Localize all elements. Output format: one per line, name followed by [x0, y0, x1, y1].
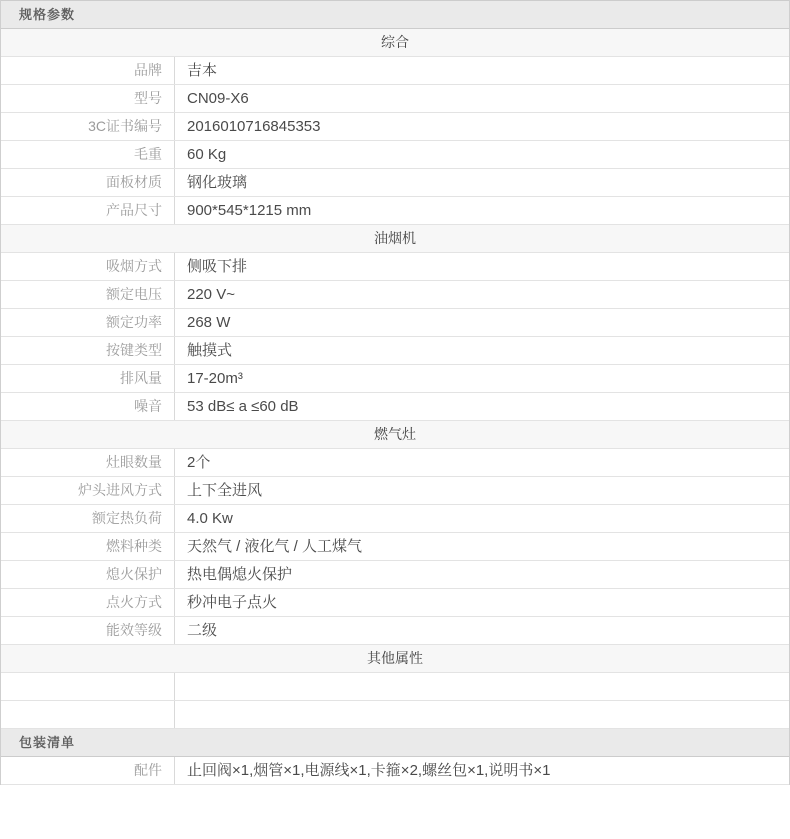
section-header-gas-stove: 燃气灶 [1, 421, 789, 449]
spec-label: 额定电压 [1, 281, 174, 308]
spec-label: 排风量 [1, 365, 174, 392]
spec-label: 产品尺寸 [1, 197, 174, 224]
spec-label: 毛重 [1, 141, 174, 168]
spec-label: 面板材质 [1, 169, 174, 196]
spec-row-rated-power: 额定功率 268 W [1, 309, 789, 337]
spec-label [1, 701, 174, 728]
spec-value: 2016010716845353 [174, 113, 789, 140]
spec-value: 900*545*1215 mm [174, 197, 789, 224]
section-header-range-hood: 油烟机 [1, 225, 789, 253]
spec-value: 侧吸下排 [174, 253, 789, 280]
section-title: 燃气灶 [374, 426, 416, 442]
spec-row-flameout-protection: 熄火保护 热电偶熄火保护 [1, 561, 789, 589]
spec-label: 吸烟方式 [1, 253, 174, 280]
spec-label: 型号 [1, 85, 174, 112]
spec-row-3c-cert: 3C证书编号 2016010716845353 [1, 113, 789, 141]
spec-row-ignition-type: 点火方式 秒冲电子点火 [1, 589, 789, 617]
section-header-general: 综合 [1, 29, 789, 57]
spec-value: 秒冲电子点火 [174, 589, 789, 616]
spec-label: 燃料种类 [1, 533, 174, 560]
spec-value: 钢化玻璃 [174, 169, 789, 196]
spec-header-bar: 规格参数 [1, 0, 789, 29]
spec-value: 2个 [174, 449, 789, 476]
spec-value: 止回阀×1,烟管×1,电源线×1,卡箍×2,螺丝包×1,说明书×1 [174, 757, 789, 784]
spec-row-burner-count: 灶眼数量 2个 [1, 449, 789, 477]
spec-row-brand: 品牌 吉本 [1, 57, 789, 85]
spec-row-panel-material: 面板材质 钢化玻璃 [1, 169, 789, 197]
spec-value: 220 V~ [174, 281, 789, 308]
spec-value [174, 701, 789, 728]
spec-label: 熄火保护 [1, 561, 174, 588]
spec-row-fuel-type: 燃料种类 天然气 / 液化气 / 人工煤气 [1, 533, 789, 561]
spec-row-air-intake: 炉头进风方式 上下全进风 [1, 477, 789, 505]
spec-value: CN09-X6 [174, 85, 789, 112]
spec-row-empty [1, 701, 789, 729]
spec-value: 二级 [174, 617, 789, 644]
spec-label: 按键类型 [1, 337, 174, 364]
spec-row-model: 型号 CN09-X6 [1, 85, 789, 113]
spec-table: 规格参数 综合 品牌 吉本 型号 CN09-X6 3C证书编号 20160107… [0, 0, 790, 785]
section-title: 其他属性 [367, 650, 423, 666]
package-list-bar: 包装清单 [1, 729, 789, 757]
section-title: 综合 [381, 34, 409, 50]
spec-row-product-size: 产品尺寸 900*545*1215 mm [1, 197, 789, 225]
spec-value: 上下全进风 [174, 477, 789, 504]
spec-row-heat-load: 额定热负荷 4.0 Kw [1, 505, 789, 533]
section-header-other: 其他属性 [1, 645, 789, 673]
spec-value: 17-20m³ [174, 365, 789, 392]
spec-page: 规格参数 综合 品牌 吉本 型号 CN09-X6 3C证书编号 20160107… [0, 0, 790, 839]
spec-label: 品牌 [1, 57, 174, 84]
spec-row-energy-rating: 能效等级 二级 [1, 617, 789, 645]
spec-value: 触摸式 [174, 337, 789, 364]
spec-row-button-type: 按键类型 触摸式 [1, 337, 789, 365]
spec-value: 天然气 / 液化气 / 人工煤气 [174, 533, 789, 560]
spec-label: 点火方式 [1, 589, 174, 616]
spec-value: 60 Kg [174, 141, 789, 168]
spec-label: 灶眼数量 [1, 449, 174, 476]
spec-label: 炉头进风方式 [1, 477, 174, 504]
spec-value: 268 W [174, 309, 789, 336]
spec-row-gross-weight: 毛重 60 Kg [1, 141, 789, 169]
spec-value: 热电偶熄火保护 [174, 561, 789, 588]
spec-row-suction-type: 吸烟方式 侧吸下排 [1, 253, 789, 281]
spec-value [174, 673, 789, 700]
spec-header-title: 规格参数 [19, 7, 75, 22]
spec-label: 额定功率 [1, 309, 174, 336]
spec-row-accessories: 配件 止回阀×1,烟管×1,电源线×1,卡箍×2,螺丝包×1,说明书×1 [1, 757, 789, 785]
spec-label: 配件 [1, 757, 174, 784]
spec-label: 噪音 [1, 393, 174, 420]
spec-row-noise: 噪音 53 dB≤ a ≤60 dB [1, 393, 789, 421]
spec-value: 53 dB≤ a ≤60 dB [174, 393, 789, 420]
spec-value: 吉本 [174, 57, 789, 84]
spec-row-rated-voltage: 额定电压 220 V~ [1, 281, 789, 309]
bottom-whitespace [0, 785, 790, 839]
spec-label: 额定热负荷 [1, 505, 174, 532]
spec-value: 4.0 Kw [174, 505, 789, 532]
package-list-title: 包装清单 [19, 735, 75, 750]
spec-label [1, 673, 174, 700]
section-title: 油烟机 [374, 230, 416, 246]
spec-label: 能效等级 [1, 617, 174, 644]
spec-row-empty [1, 673, 789, 701]
spec-row-air-volume: 排风量 17-20m³ [1, 365, 789, 393]
spec-label: 3C证书编号 [1, 113, 174, 140]
